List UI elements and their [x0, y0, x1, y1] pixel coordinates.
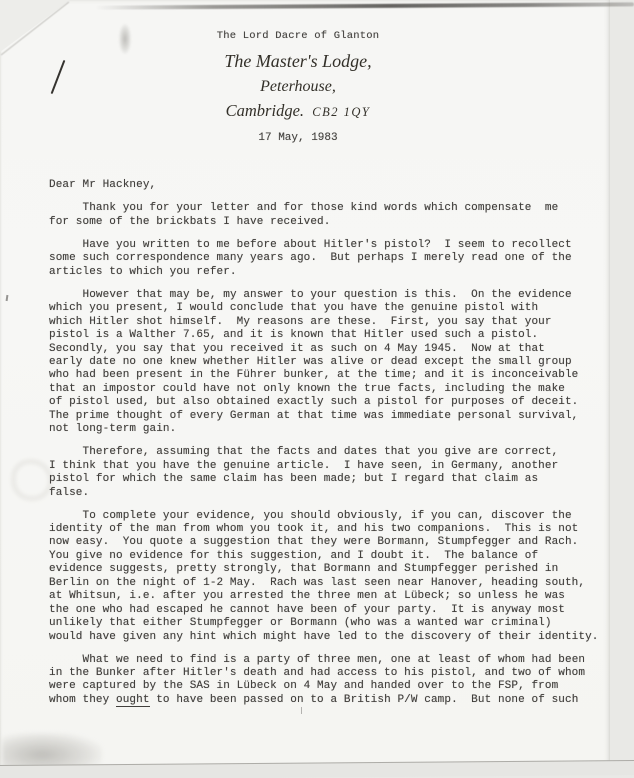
postcode-text: CB2 1QY	[312, 105, 370, 119]
letter-date: 17 May, 1983	[0, 132, 596, 144]
scanned-letter-page: The Lord Dacre of Glanton The Master's L…	[0, 0, 634, 778]
salutation: Dear Mr Hackney,	[49, 179, 609, 192]
underlined-word-ought: ought	[116, 694, 150, 707]
paragraph-5: To complete your evidence, you should ob…	[49, 510, 609, 645]
address-line-college: Peterhouse,	[0, 78, 596, 96]
address-line-city: Cambridge. CB2 1QY	[0, 101, 596, 121]
city-text: Cambridge.	[226, 101, 304, 120]
paragraph-6-tail: to have been passed on to a British P/W …	[150, 694, 579, 706]
paper-stain-artifact	[12, 460, 52, 500]
sender-name: The Lord Dacre of Glanton	[0, 30, 596, 42]
address-line-lodge: The Master's Lodge,	[0, 51, 596, 72]
letterhead: The Lord Dacre of Glanton The Master's L…	[0, 30, 596, 144]
paragraph-3: However that may be, my answer to your q…	[49, 289, 609, 437]
paragraph-1: Thank you for your letter and for those …	[49, 202, 609, 229]
letter-body: Dear Mr Hackney, Thank you for your lett…	[49, 179, 609, 717]
paragraph-2: Have you written to me before about Hitl…	[49, 239, 609, 279]
paragraph-4: Therefore, assuming that the facts and d…	[49, 446, 609, 500]
paragraph-6: What we need to find is a party of three…	[49, 654, 609, 708]
